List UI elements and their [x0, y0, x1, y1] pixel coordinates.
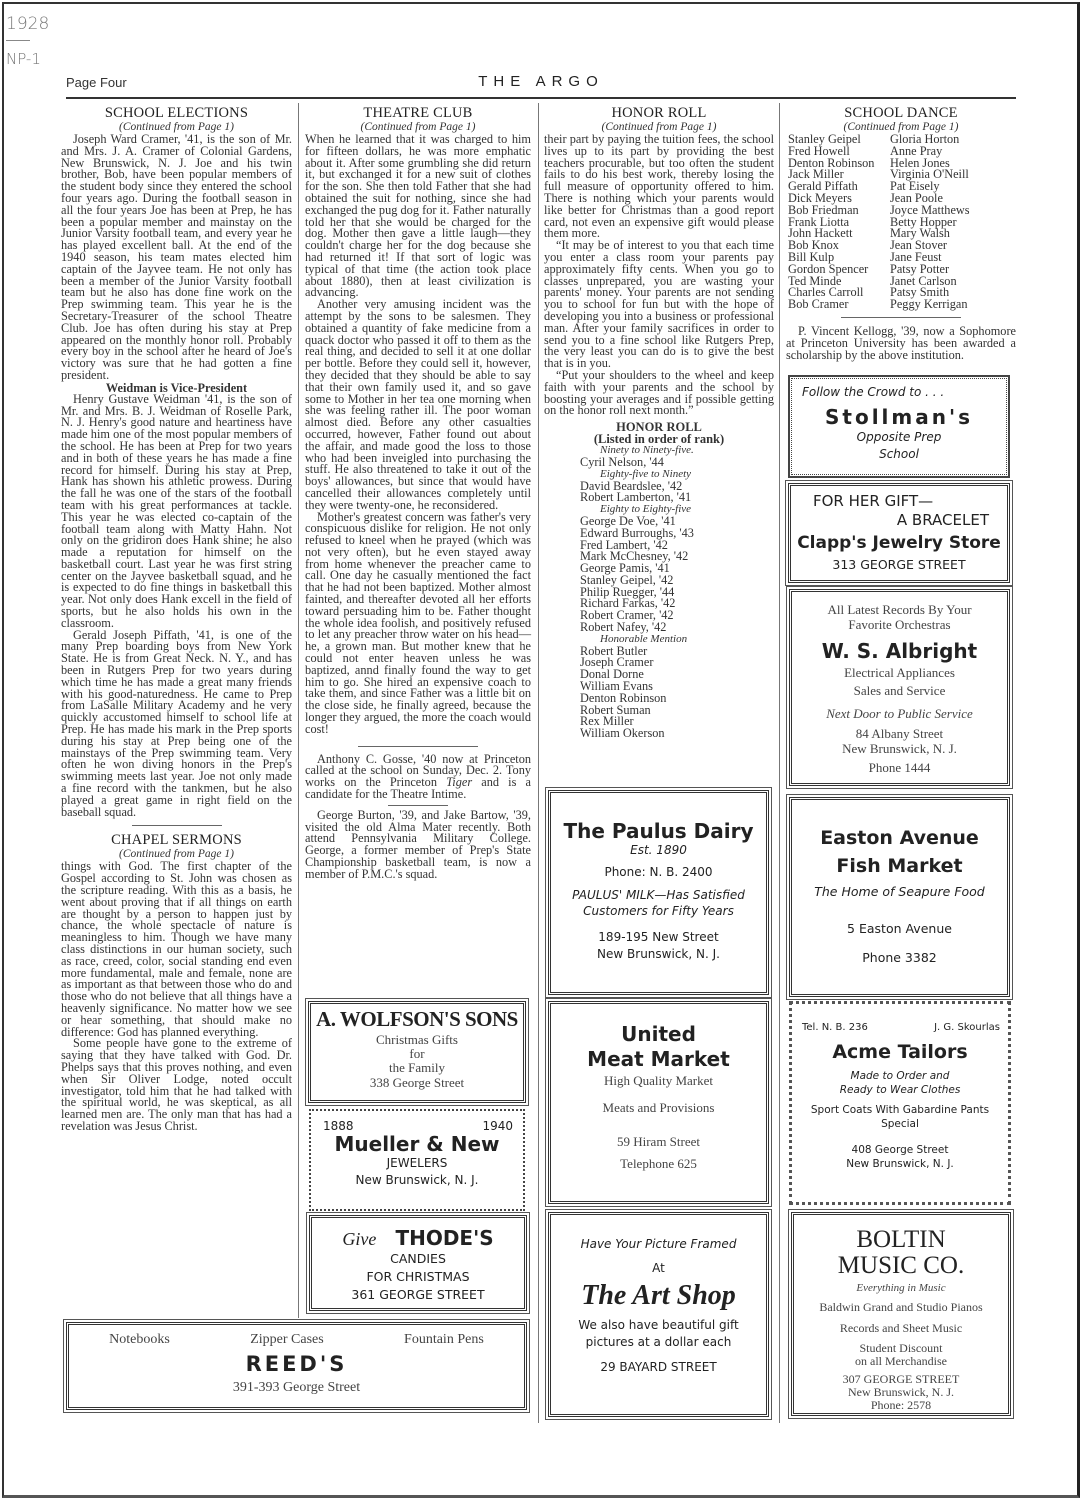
ad-artshop: Have Your Picture Framed At The Art Shop…	[548, 1212, 769, 1417]
ad-line: on all Merchandise	[794, 1355, 1008, 1368]
ad-line: Est. 1890	[551, 843, 766, 857]
column-4: SCHOOL DANCE (Continued from Page 1) Sta…	[786, 106, 1016, 361]
ad-line: Have Your Picture Framed	[551, 1237, 766, 1251]
article-paragraph: their part by paying the tuition fees, t…	[544, 134, 774, 240]
ad-name: Clapp's Jewelry Store	[791, 530, 1007, 556]
ad-line: the Family	[311, 1061, 523, 1075]
ad-address: New Brunswick, N. J.	[792, 1157, 1008, 1171]
ad-name: REED'S	[69, 1352, 524, 1376]
ad-name: Fish Market	[792, 852, 1007, 880]
ad-phone: Phone 1444	[792, 760, 1007, 776]
handwritten-code: NP-1	[6, 50, 41, 68]
ad-line: Records and Sheet Music	[794, 1321, 1008, 1336]
ad-address: New Brunswick, N. J.	[792, 741, 1007, 756]
ad-address: 5 Easton Avenue	[792, 921, 1007, 936]
ad-line: Sport Coats With Gabardine Pants	[792, 1103, 1008, 1117]
article-paragraph: Mother's greatest concern was father's v…	[305, 512, 531, 736]
handwritten-year: 1928	[6, 14, 49, 34]
ad-item: Notebooks	[109, 1332, 170, 1348]
ad-phone: Phone: 2578	[794, 1399, 1008, 1412]
article-paragraph: Some people have gone to the extreme of …	[61, 1038, 292, 1132]
ad-wolfson: A. WOLFSON'S SONS Christmas Gifts for th…	[308, 1001, 526, 1103]
ad-line: Next Door to Public Service	[792, 706, 1007, 722]
ad-item: Fountain Pens	[404, 1332, 484, 1348]
article-paragraph: Gerald Joseph Piffath, '41, is one of th…	[61, 630, 292, 819]
ad-address: 391-393 George Street	[69, 1380, 524, 1396]
column-divider	[779, 103, 780, 1423]
ad-line: Ready to Wear Clothes	[792, 1083, 1008, 1097]
masthead: Page Four THE ARGO	[66, 73, 1016, 97]
ad-line: School	[790, 446, 1008, 463]
ad-line: Opposite Prep	[790, 429, 1008, 446]
handwritten-divider	[6, 40, 30, 41]
column-divider	[538, 103, 539, 1423]
ad-line: Christmas Gifts	[311, 1032, 523, 1047]
brief-kellogg: P. Vincent Kellogg, '39, now a Sophomore…	[786, 326, 1016, 361]
ad-name: The Paulus Dairy	[551, 819, 766, 843]
ad-line: Special	[792, 1117, 1008, 1131]
ad-owner: J. G. Skourlas	[934, 1022, 1000, 1033]
article-heading: SCHOOL ELECTIONS	[61, 106, 292, 121]
attendee: Bob Cramer	[788, 299, 890, 311]
ad-reeds: Notebooks Zipper Cases Fountain Pens REE…	[66, 1322, 527, 1410]
dance-attendees: Stanley GeipelGloria Horton Fred HowellA…	[788, 134, 1016, 311]
column-1: SCHOOL ELECTIONS (Continued from Page 1)…	[61, 106, 292, 1133]
masthead-rule	[66, 97, 1016, 99]
ad-line: A BRACELET	[791, 511, 1007, 530]
article-paragraph: “It may be of interest to you that each …	[544, 240, 774, 370]
ad-address: 313 GEORGE STREET	[791, 556, 1007, 574]
ad-script: Give	[342, 1229, 376, 1249]
ad-address: 361 GEORGE STREET	[312, 1286, 524, 1304]
ad-line: PAULUS' MILK—Has Satisfied	[551, 887, 766, 903]
separator-rule	[358, 746, 478, 747]
honor-name: Cyril Nelson, '44	[580, 457, 774, 469]
ad-name: United	[551, 1022, 766, 1047]
ad-boltin: BOLTIN MUSIC CO. Everything in Music Bal…	[791, 1212, 1011, 1416]
honor-name: William Okerson	[580, 728, 774, 740]
newspaper-title: THE ARGO	[66, 73, 1016, 90]
ad-line: New Brunswick, N. J.	[311, 1171, 523, 1189]
ad-line: Electrical Appliances	[792, 664, 1007, 682]
ad-address: 189-195 New Street	[551, 929, 766, 946]
ad-phone: Phone 3382	[792, 950, 1007, 965]
ad-address: 59 Hiram Street	[551, 1134, 766, 1150]
article-heading: HONOR ROLL	[544, 106, 774, 121]
ad-line: pictures at a dollar each	[551, 1334, 766, 1351]
attendee: Peggy Kerrigan	[890, 299, 1016, 311]
ad-line: FOR CHRISTMAS	[312, 1268, 524, 1286]
column-3: HONOR ROLL (Continued from Page 1) their…	[544, 106, 774, 740]
ad-name: BOLTIN	[794, 1227, 1008, 1253]
ad-item: Zipper Cases	[250, 1332, 323, 1348]
ad-year: 1888	[323, 1119, 354, 1133]
ad-name: W. S. Albright	[792, 638, 1007, 664]
ad-clapp: FOR HER GIFT— A BRACELET Clapp's Jewelry…	[788, 483, 1010, 583]
ad-acme: Tel. N. B. 236 J. G. Skourlas Acme Tailo…	[789, 1001, 1011, 1205]
column-2: THEATRE CLUB (Continued from Page 1) Whe…	[305, 106, 531, 881]
ad-phone: Phone: N. B. 2400	[551, 865, 766, 879]
ad-name: Mueller & New	[311, 1133, 523, 1155]
ad-line: Customers for Fifty Years	[551, 903, 766, 919]
ad-stollman: Follow the Crowd to . . . Stollman's Opp…	[788, 375, 1010, 478]
ad-address: 29 BAYARD STREET	[551, 1360, 766, 1374]
ad-line: Meats and Provisions	[551, 1100, 766, 1116]
ad-name: The Art Shop	[551, 1279, 766, 1313]
ad-line: All Latest Records By Your	[792, 602, 1007, 617]
ad-address: 84 Albany Street	[792, 726, 1007, 741]
ad-albright: All Latest Records By Your Favorite Orch…	[789, 589, 1010, 786]
ad-name: Meat Market	[551, 1047, 766, 1072]
article-heading: THEATRE CLUB	[305, 106, 531, 121]
ad-united: United Meat Market High Quality Market M…	[548, 1001, 769, 1204]
ad-line: Everything in Music	[794, 1282, 1008, 1294]
ad-line: High Quality Market	[551, 1072, 766, 1090]
article-paragraph: “Put your shoulders to the wheel and kee…	[544, 370, 774, 417]
ad-phone: Tel. N. B. 236	[802, 1022, 868, 1033]
ad-line: for	[311, 1047, 523, 1061]
ad-line: Baldwin Grand and Studio Pianos	[794, 1300, 1008, 1315]
column-divider	[298, 103, 299, 1318]
article-paragraph: Joseph Ward Cramer, '41, is the son of M…	[61, 134, 292, 382]
article-paragraph: things with God. The first chapter of th…	[61, 861, 292, 1038]
ad-line: Follow the Crowd to . . .	[790, 385, 1008, 399]
ad-address: 338 George Street	[311, 1075, 523, 1091]
brief-gosse: Anthony C. Gosse, '40 now at Princeton c…	[305, 754, 531, 801]
ad-thodes: Give THODE'S CANDIES FOR CHRISTMAS 361 G…	[309, 1215, 527, 1311]
ad-name: A. WOLFSON'S SONS	[311, 1007, 523, 1032]
article-paragraph: Henry Gustave Weidman '41, is the son of…	[61, 394, 292, 630]
ad-year: 1940	[482, 1119, 513, 1133]
ad-name: Acme Tailors	[792, 1041, 1008, 1063]
ad-name: THODE'S	[395, 1226, 493, 1250]
ad-line: At	[551, 1261, 766, 1275]
honor-roll-list: Ninety to Ninety-five. Cyril Nelson, '44…	[580, 445, 774, 740]
separator-rule	[841, 317, 961, 318]
ad-phone: Telephone 625	[551, 1156, 766, 1172]
ad-line: Favorite Orchestras	[792, 617, 1007, 632]
ad-name: MUSIC CO.	[794, 1253, 1008, 1279]
ad-easton: Easton Avenue Fish Market The Home of Se…	[789, 797, 1010, 997]
separator-rule	[388, 805, 448, 806]
ad-line: The Home of Seapure Food	[792, 884, 1007, 899]
ad-line: We also have beautiful gift	[551, 1317, 766, 1334]
ad-mueller: 1888 1940 Mueller & New JEWELERS New Bru…	[309, 1109, 525, 1211]
ad-address: 408 George Street	[792, 1143, 1008, 1157]
article-heading: CHAPEL SERMONS	[61, 833, 292, 848]
ad-address: New Brunswick, N. J.	[551, 946, 766, 963]
ad-line: FOR HER GIFT—	[791, 492, 1007, 511]
brief-burton: George Burton, '39, and Jake Bartow, '39…	[305, 810, 531, 881]
article-heading: SCHOOL DANCE	[786, 106, 1016, 121]
ad-name: Stollman's	[790, 405, 1008, 429]
ad-line: Sales and Service	[792, 682, 1007, 700]
ad-line: Made to Order and	[792, 1069, 1008, 1083]
ad-paulus: The Paulus Dairy Est. 1890 Phone: N. B. …	[548, 790, 769, 995]
ad-line: JEWELERS	[311, 1155, 523, 1171]
ad-line: CANDIES	[312, 1250, 524, 1268]
article-paragraph: When he learned that it was charged to h…	[305, 134, 531, 299]
ad-name: Easton Avenue	[792, 824, 1007, 852]
article-paragraph: Another very amusing incident was the at…	[305, 299, 531, 511]
separator-rule	[132, 825, 222, 826]
